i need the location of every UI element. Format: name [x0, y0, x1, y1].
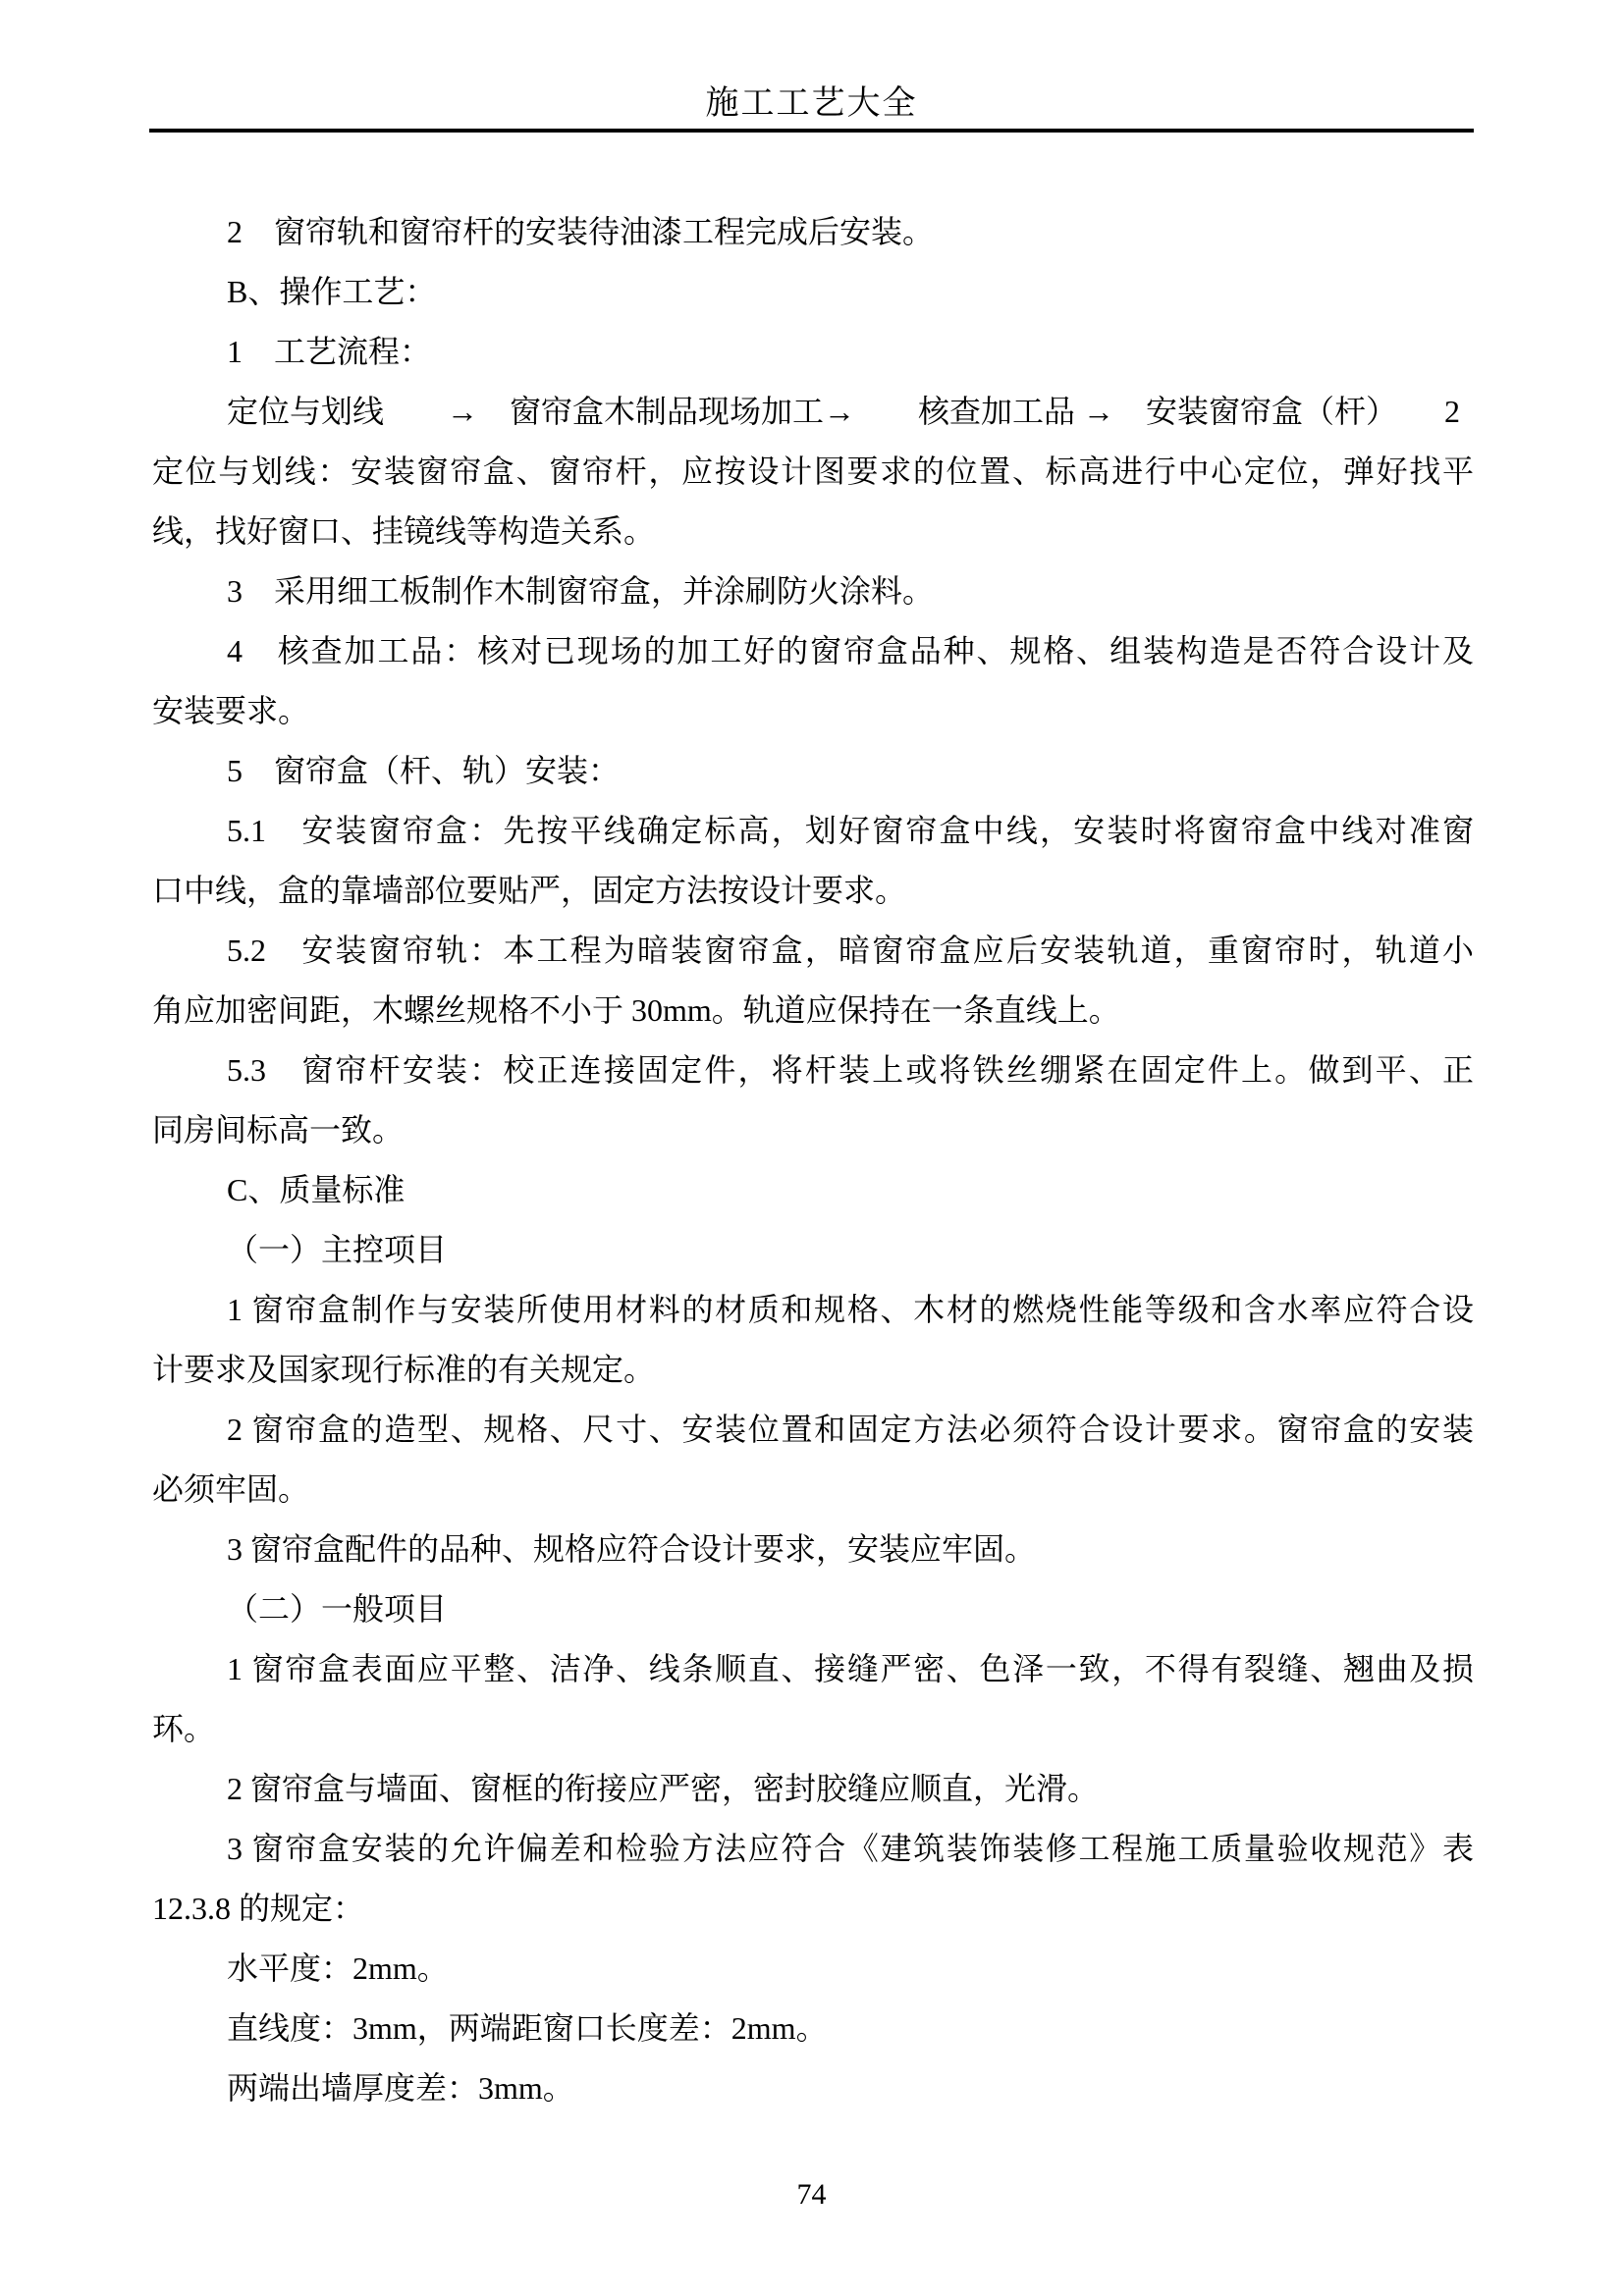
text-line: 定位与划线：安装窗帘盒、窗帘杆，应按设计图要求的位置、标高进行中心定位，弹好找平	[152, 442, 1474, 502]
text-line: 12.3.8 的规定：	[152, 1879, 1474, 1939]
text-line: （一）主控项目	[152, 1220, 1474, 1280]
text-line: 口中线，盒的靠墙部位要贴严，固定方法按设计要求。	[152, 861, 1474, 921]
text-line: 线，找好窗口、挂镜线等构造关系。	[152, 502, 1474, 561]
text-line: 5 窗帘盒（杆、轨）安装：	[152, 741, 1474, 801]
page-number: 74	[0, 2177, 1623, 2213]
text-line: 水平度：2mm。	[152, 1939, 1474, 1999]
text-line: 5.3 窗帘杆安装：校正连接固定件，将杆装上或将铁丝绷紧在固定件上。做到平、正	[152, 1041, 1474, 1100]
text-line: 4 核查加工品：核对已现场的加工好的窗帘盒品种、规格、组装构造是否符合设计及	[152, 621, 1474, 681]
text-line: 2 窗帘盒与墙面、窗框的衔接应严密，密封胶缝应顺直，光滑。	[152, 1759, 1474, 1819]
header-divider	[149, 129, 1474, 133]
text-line: 计要求及国家现行标准的有关规定。	[152, 1340, 1474, 1400]
text-line: C、质量标准	[152, 1160, 1474, 1220]
page-header-title: 施工工艺大全	[0, 86, 1623, 122]
text-line: 安装要求。	[152, 681, 1474, 741]
text-line: 两端出墙厚度差：3mm。	[152, 2058, 1474, 2118]
text-line: B、操作工艺：	[152, 262, 1474, 322]
text-line: 同房间标高一致。	[152, 1100, 1474, 1160]
text-line: 1 窗帘盒表面应平整、洁净、线条顺直、接缝严密、色泽一致，不得有裂缝、翘曲及损	[152, 1639, 1474, 1699]
text-line: 5.1 安装窗帘盒：先按平线确定标高，划好窗帘盒中线，安装时将窗帘盒中线对准窗	[152, 801, 1474, 861]
text-line: 3 窗帘盒安装的允许偏差和检验方法应符合《建筑装饰装修工程施工质量验收规范》表	[152, 1819, 1474, 1879]
text-line: 必须牢固。	[152, 1460, 1474, 1520]
text-line: 环。	[152, 1699, 1474, 1759]
text-line: 直线度：3mm，两端距窗口长度差：2mm。	[152, 1999, 1474, 2058]
text-line-flowchart: 定位与划线 → 窗帘盒木制品现场加工→ 核查加工品 → 安装窗帘盒（杆） 2	[152, 382, 1474, 442]
document-body: 2 窗帘轨和窗帘杆的安装待油漆工程完成后安装。 B、操作工艺： 1 工艺流程： …	[152, 202, 1474, 2118]
text-line: 3 窗帘盒配件的品种、规格应符合设计要求，安装应牢固。	[152, 1520, 1474, 1579]
document-page: 施工工艺大全 2 窗帘轨和窗帘杆的安装待油漆工程完成后安装。 B、操作工艺： 1…	[0, 0, 1623, 2296]
text-line: 角应加密间距，木螺丝规格不小于 30mm。轨道应保持在一条直线上。	[152, 981, 1474, 1041]
text-line: 2 窗帘盒的造型、规格、尺寸、安装位置和固定方法必须符合设计要求。窗帘盒的安装	[152, 1400, 1474, 1460]
text-line: 5.2 安装窗帘轨：本工程为暗装窗帘盒，暗窗帘盒应后安装轨道，重窗帘时，轨道小	[152, 921, 1474, 981]
text-line: 1 窗帘盒制作与安装所使用材料的材质和规格、木材的燃烧性能等级和含水率应符合设	[152, 1280, 1474, 1340]
text-line: 2 窗帘轨和窗帘杆的安装待油漆工程完成后安装。	[152, 202, 1474, 262]
text-line: 3 采用细工板制作木制窗帘盒，并涂刷防火涂料。	[152, 561, 1474, 621]
text-line: （二）一般项目	[152, 1579, 1474, 1639]
text-line: 1 工艺流程：	[152, 322, 1474, 382]
